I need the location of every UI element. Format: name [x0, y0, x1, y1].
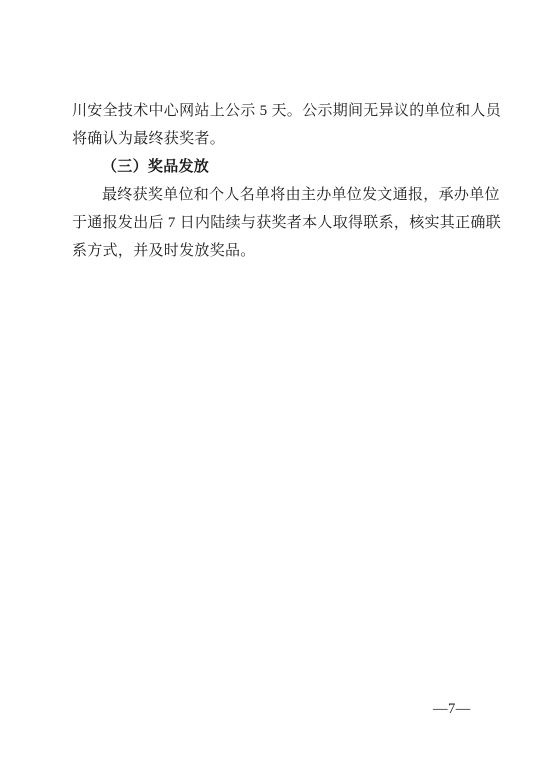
- paragraph1-line2: 将确认为最终获奖者。: [72, 125, 502, 153]
- page-number: —7—: [433, 699, 471, 719]
- paragraph2-line1: 最终获奖单位和个人名单将由主办单位发文通报，承办单位: [72, 181, 502, 209]
- document-page: 川安全技术中心网站上公示 5 天。公示期间无异议的单位和人员 将确认为最终获奖者…: [0, 0, 553, 782]
- paragraph2-line2: 于通报发出后 7 日内陆续与获奖者本人取得联系，核实其正确联: [72, 209, 502, 237]
- section-heading: （三）奖品发放: [72, 153, 502, 181]
- paragraph2-line3: 系方式，并及时发放奖品。: [72, 237, 502, 265]
- paragraph1-line1: 川安全技术中心网站上公示 5 天。公示期间无异议的单位和人员: [72, 97, 502, 125]
- document-text-block: 川安全技术中心网站上公示 5 天。公示期间无异议的单位和人员 将确认为最终获奖者…: [72, 97, 502, 265]
